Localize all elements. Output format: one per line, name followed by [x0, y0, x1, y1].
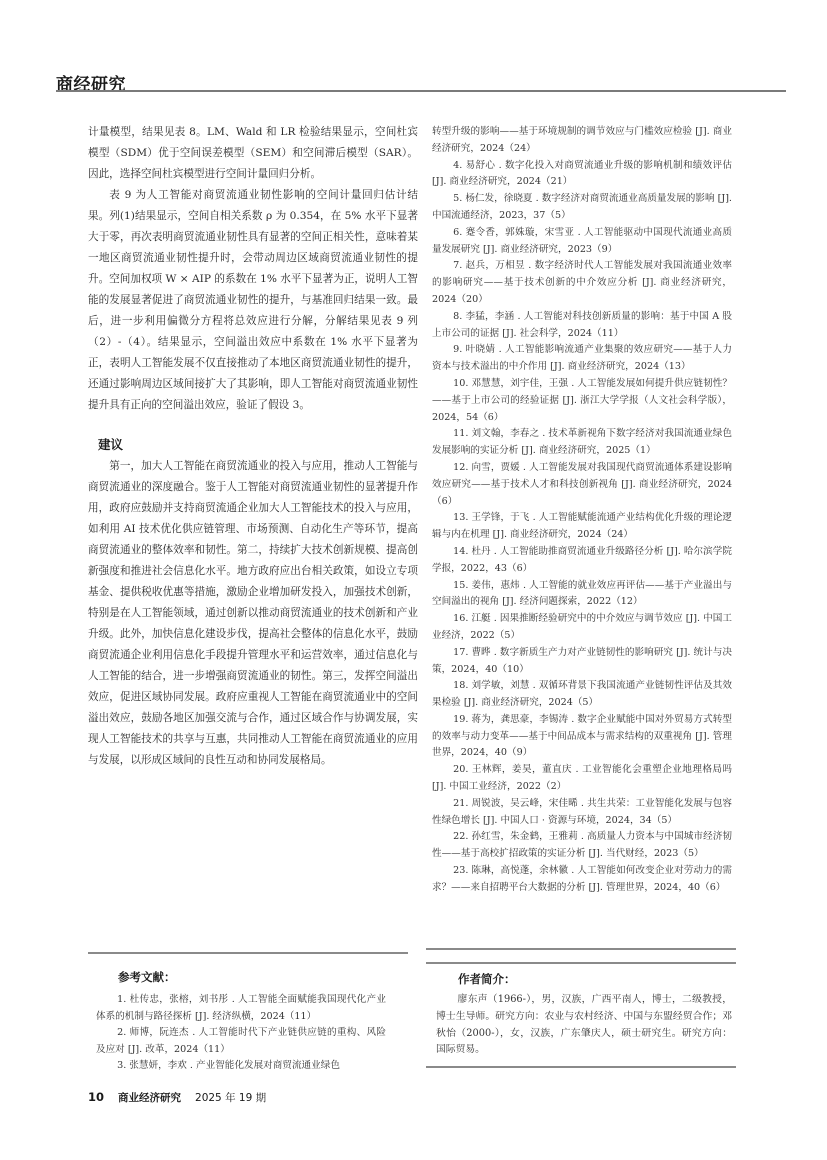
references-divider	[88, 952, 408, 954]
reference-item: 15. 姜伟，惠炜 . 人工智能的就业效应再评估——基于产业溢出与空间溢出的视角…	[432, 578, 732, 612]
reference-item: 1. 杜传忠，张榕，刘书彤 . 人工智能全面赋能我国现代化产业体系的机制与路径探…	[96, 992, 386, 1025]
reference-item: 4. 易舒心 . 数字化投入对商贸流通业升级的影响机制和绩效评估 [J]. 商业…	[432, 158, 732, 192]
reference-item: 7. 赵兵，万相昱 . 数字经济时代人工智能发展对我国流通业效率的影响研究——基…	[432, 258, 732, 308]
reference-item-continued: 转型升级的影响——基于环境规制的调节效应与门槛效应检验 [J]. 商业经济研究，…	[432, 124, 732, 158]
section-heading-suggestions: 建议	[98, 434, 418, 456]
reference-item: 14. 杜丹 . 人工智能助推商贸流通业升级路径分析 [J]. 哈尔滨学院学报，…	[432, 544, 732, 578]
reference-item: 17. 曹晔 . 数字新质生产力对产业链韧性的影响研究 [J]. 统计与决策，2…	[432, 645, 732, 679]
references-heading: 参考文献：	[118, 968, 386, 986]
page-footer: 10 商业经济研究 2025 年 19 期	[88, 1090, 266, 1105]
reference-item: 10. 邓慧慧，刘宇佳，王强 . 人工智能发展如何提升供应链韧性？——基于上市公…	[432, 376, 732, 426]
reference-item: 2. 师博，阮连杰 . 人工智能时代下产业链供应链的重构、风险及应对 [J]. …	[96, 1025, 386, 1058]
reference-item: 16. 江艇 . 因果推断经验研究中的中介效应与调节效应 [J]. 中国工业经济…	[432, 611, 732, 645]
reference-item: 6. 蹇令香，郭姝璇，宋雪亚 . 人工智能驱动中国现代流通业高质量发展研究 [J…	[432, 225, 732, 259]
refs-end-divider	[426, 948, 736, 950]
reference-item: 18. 刘学敏，刘慧 . 双循环背景下我国流通产业链韧性评估及其效果检验 [J]…	[432, 678, 732, 712]
references-left: 参考文献： 1. 杜传忠，张榕，刘书彤 . 人工智能全面赋能我国现代化产业体系的…	[96, 968, 386, 1075]
reference-item: 20. 王林辉，姜昊，董直庆 . 工业智能化会重塑企业地理格局吗 [J]. 中国…	[432, 762, 732, 796]
author-heading: 作者简介：	[458, 970, 732, 988]
reference-item: 23. 陈琳，高悦蓬，余林徽 . 人工智能如何改变企业对劳动力的需求？——来自招…	[432, 863, 732, 897]
reference-item: 8. 李猛，李涵 . 人工智能对科技创新质量的影响：基于中国 A 股上市公司的证…	[432, 309, 732, 343]
header-divider	[56, 90, 786, 92]
reference-item: 13. 王学锋，于飞 . 人工智能赋能流通产业结构优化升级的理论逻辑与内在机理 …	[432, 510, 732, 544]
page-number: 10	[88, 1090, 104, 1104]
reference-item: 5. 杨仁发，徐晓夏 . 数字经济对商贸流通业高质量发展的影响 [J]. 中国流…	[432, 191, 732, 225]
author-top-divider	[426, 962, 736, 964]
reference-item: 3. 张慧妍，李欢 . 产业智能化发展对商贸流通业绿色	[96, 1058, 386, 1075]
author-introduction: 作者简介： 廖东声（1966-），男，汉族，广西平南人，博士，二级教授，博士生导…	[436, 970, 732, 1059]
body-paragraph: 表 9 为人工智能对商贸流通业韧性影响的空间计量回归估计结果。列(1)结果显示，…	[88, 185, 418, 416]
footer-journal-name: 商业经济研究	[118, 1090, 181, 1105]
footer-issue: 2025 年 19 期	[195, 1090, 266, 1105]
body-paragraph: 计量模型，结果见表 8。LM、Wald 和 LR 检验结果显示，空间杜宾模型（S…	[88, 122, 418, 185]
body-paragraph: 第一，加大人工智能在商贸流通业的投入与应用，推动人工智能与商贸流通业的深度融合。…	[88, 456, 418, 771]
author-bottom-divider	[426, 1066, 736, 1068]
left-column-body: 计量模型，结果见表 8。LM、Wald 和 LR 检验结果显示，空间杜宾模型（S…	[88, 122, 418, 771]
reference-item: 22. 孙红雪，朱金鹤，王雅莉 . 高质量人力资本与中国城市经济韧性——基于高校…	[432, 829, 732, 863]
author-text: 廖东声（1966-），男，汉族，广西平南人，博士，二级教授，博士生导师。研究方向…	[436, 992, 732, 1059]
reference-item: 12. 向雪，贾媛 . 人工智能发展对我国现代商贸流通体系建设影响效应研究——基…	[432, 460, 732, 510]
reference-item: 9. 叶晓婧 . 人工智能影响流通产业集聚的效应研究——基于人力资本与技术溢出的…	[432, 342, 732, 376]
reference-item: 19. 蒋为，龚思豪，李锡涛 . 数字企业赋能中国对外贸易方式转型的效率与动力变…	[432, 712, 732, 762]
references-right: 转型升级的影响——基于环境规制的调节效应与门槛效应检验 [J]. 商业经济研究，…	[432, 124, 732, 897]
reference-item: 11. 刘文翰，李春之 . 技术革新视角下数字经济对我国流通业绿色发展影响的实证…	[432, 426, 732, 460]
reference-item: 21. 周锐波，吴云峰，宋佳晞 . 共生共荣：工业智能化发展与包容性绿色增长 […	[432, 796, 732, 830]
